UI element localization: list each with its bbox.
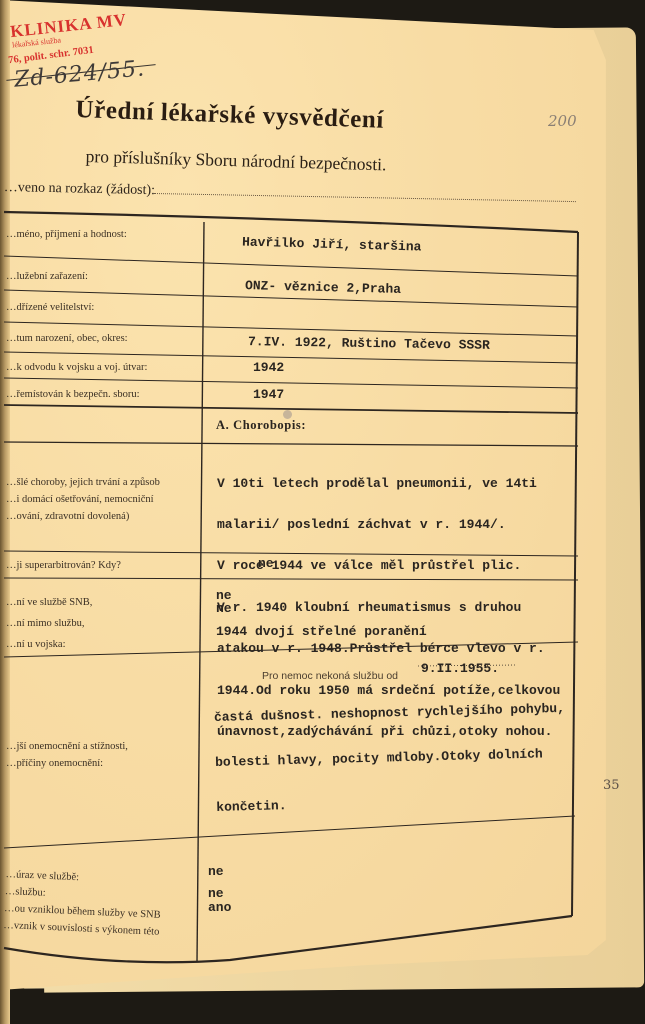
label-injuries: …ní ve službě SNB, …ní mimo službu, …ní … bbox=[6, 592, 92, 655]
label-transfer: …řemístován k bezpečn. sboru: bbox=[6, 389, 140, 400]
folio-side-number: 35 bbox=[603, 778, 620, 793]
folio-number: 200 bbox=[548, 112, 577, 130]
history-line: V r. 1940 kloubní rheumatismus s druhou bbox=[217, 601, 560, 615]
value-service-injury-1: ne bbox=[208, 865, 224, 879]
label-name-rank: …méno, příjmení a hodnost: bbox=[6, 229, 127, 240]
value-service-injury-2: ne bbox=[208, 887, 224, 901]
history-line: V 10ti letech prodělal pneumonii, ve 14t… bbox=[217, 477, 560, 491]
history-line: malarii/ poslední záchvat v r. 1944/. bbox=[217, 518, 560, 532]
history-line: atakou v r. 1948.Průstřel bérce vlevo v … bbox=[217, 642, 560, 656]
label-conscription: …k odvodu k vojsku a voj. útvar: bbox=[6, 362, 147, 373]
label-assignment: …lužební zařazení: bbox=[6, 271, 88, 282]
label-current-illness: …jší onemocnění a stížnosti, …příčiny on… bbox=[6, 738, 128, 772]
value-injury-offduty: ne bbox=[216, 602, 232, 616]
label-superior-command: …dřízené velitelství: bbox=[6, 302, 94, 313]
label-past-illnesses: …šlé choroby, jejich trvání a způsob …i … bbox=[6, 474, 160, 525]
label-line: …ní ve službě SNB, bbox=[6, 592, 92, 613]
illness-line: častá dušnost. neshopnost rychlejšího po… bbox=[214, 701, 565, 725]
label-line: …ování, zdravotní dovolená) bbox=[6, 508, 160, 525]
value-conscription: 1942 bbox=[253, 361, 284, 375]
value-injury-military: 1944 dvojí střelné poranění bbox=[216, 625, 427, 639]
value-superarbitration: ne bbox=[258, 557, 274, 571]
illness-line: končetin. bbox=[216, 791, 567, 815]
value-service-injury-3: ano bbox=[208, 901, 231, 915]
label-service-injury: …úraz ve službě: …službu: …ou vzniklou b… bbox=[3, 866, 162, 941]
order-label: …veno na rozkaz (žádost): bbox=[4, 180, 156, 199]
label-line: …příčiny onemocnění: bbox=[6, 755, 128, 772]
ink-smudge bbox=[283, 410, 292, 419]
label-line: …i domácí ošetřování, nemocniční bbox=[6, 491, 160, 508]
label-line: …ní mimo službu, bbox=[6, 613, 92, 634]
label-birth: …tum narození, obec, okres: bbox=[6, 333, 128, 344]
value-transfer: 1947 bbox=[253, 388, 284, 402]
illness-line: bolesti hlavy, pocity mdloby.Otoky dolní… bbox=[215, 746, 566, 770]
section-heading-chorobopis: A. Chorobopis: bbox=[216, 418, 306, 433]
value-current-illness: častá dušnost. neshopnost rychlejšího po… bbox=[213, 671, 568, 830]
label-superarbitration: …ji superarbitrován? Kdy? bbox=[6, 560, 121, 571]
label-line: …ní u vojska: bbox=[6, 634, 92, 655]
label-line: …šlé choroby, jejich trvání a způsob bbox=[6, 474, 160, 491]
label-line: …jší onemocnění a stížnosti, bbox=[6, 738, 128, 755]
